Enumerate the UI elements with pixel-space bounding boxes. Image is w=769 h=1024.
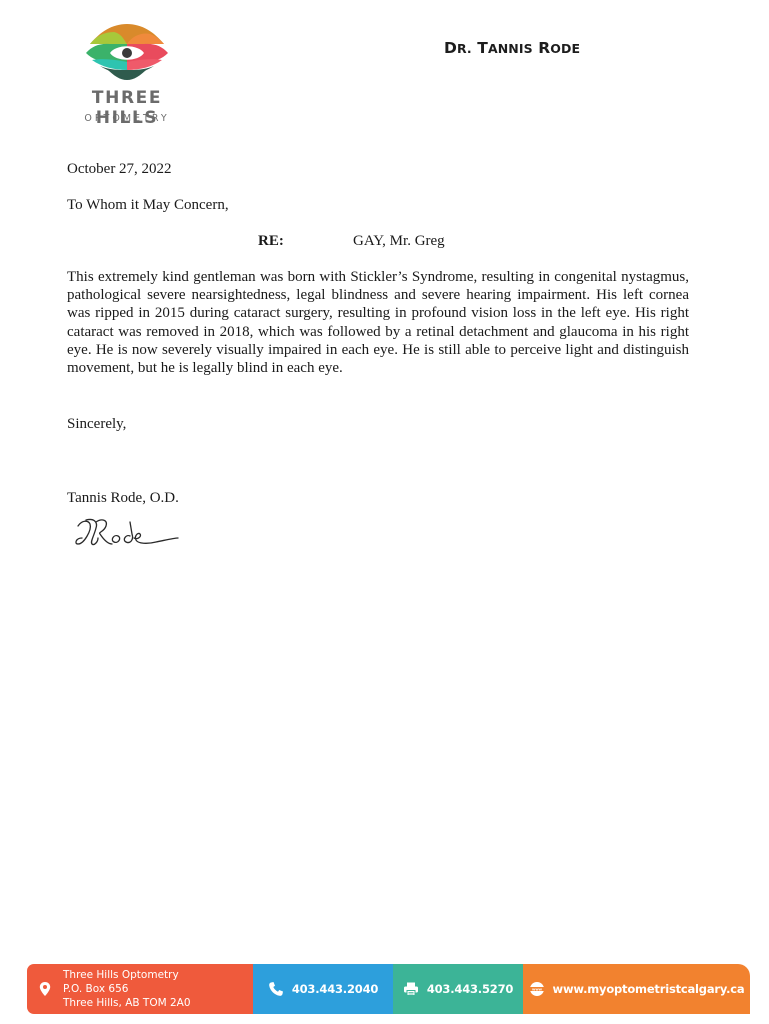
- address-line-2: P.O. Box 656: [63, 982, 191, 996]
- doctor-name: DR. TANNIS RODE: [444, 39, 580, 57]
- website-url: www.myoptometristcalgary.ca: [553, 982, 745, 996]
- handwritten-signature-icon: [72, 514, 182, 554]
- globe-www-icon: www: [529, 981, 545, 997]
- printer-icon: [403, 981, 419, 997]
- location-pin-icon: [37, 981, 53, 997]
- salutation: To Whom it May Concern,: [67, 196, 229, 215]
- letter-body: This extremely kind gentleman was born w…: [67, 268, 689, 377]
- logo-subtitle: OPTOMETRY: [64, 113, 190, 124]
- address-line-3: Three Hills, AB TOM 2A0: [63, 996, 191, 1010]
- closing: Sincerely,: [67, 415, 126, 434]
- address-line-1: Three Hills Optometry: [63, 968, 191, 982]
- re-label: RE:: [258, 232, 284, 251]
- clinic-logo: THREE HILLS OPTOMETRY: [64, 22, 190, 130]
- footer-fax[interactable]: 403.443.5270: [393, 964, 523, 1014]
- contact-footer: Three Hills Optometry P.O. Box 656 Three…: [27, 964, 750, 1014]
- signer-name: Tannis Rode, O.D.: [67, 489, 179, 508]
- fax-number: 403.443.5270: [427, 982, 513, 996]
- phone-icon: [268, 981, 284, 997]
- svg-text:www: www: [532, 987, 543, 991]
- letter-date: October 27, 2022: [67, 160, 172, 179]
- footer-website[interactable]: www www.myoptometristcalgary.ca: [523, 964, 750, 1014]
- re-patient-name: GAY, Mr. Greg: [353, 232, 445, 251]
- footer-phone[interactable]: 403.443.2040: [253, 964, 393, 1014]
- phone-number: 403.443.2040: [292, 982, 378, 996]
- eye-logo-icon: [84, 22, 170, 82]
- footer-address: Three Hills Optometry P.O. Box 656 Three…: [27, 964, 253, 1014]
